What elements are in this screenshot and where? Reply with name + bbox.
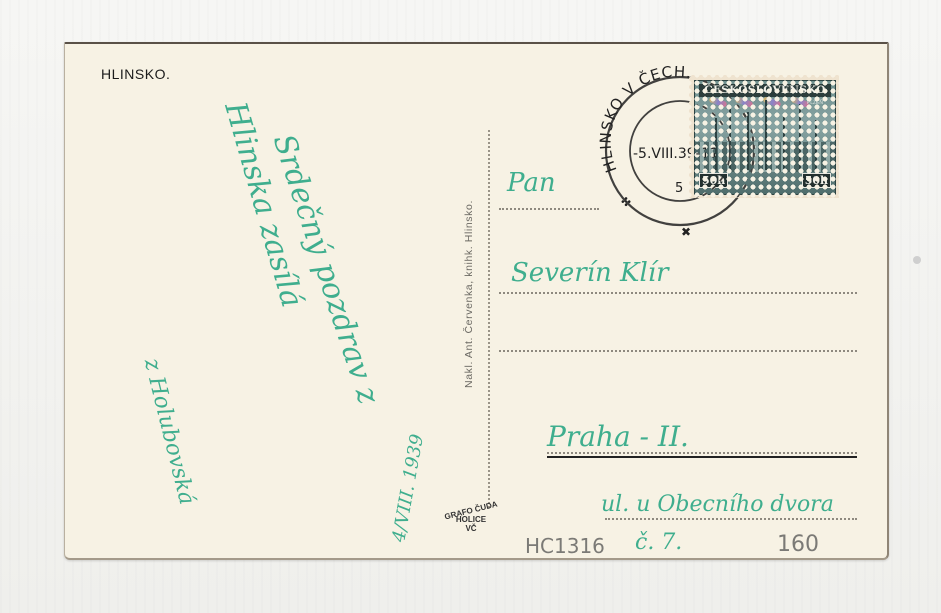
address-line-5 xyxy=(605,518,857,520)
center-divider xyxy=(488,130,490,508)
catalog-code: HC1316 xyxy=(525,534,605,558)
address-name: Severín Klír xyxy=(511,258,669,288)
printer-mark: GRAFO ČUDA HOLICE VČ xyxy=(441,506,501,533)
stamp-denomination-left: 50h xyxy=(699,173,728,188)
svg-text:✖: ✖ xyxy=(681,225,691,236)
message-date: 4/VIII. 1939 xyxy=(388,433,428,544)
address-salutation: Pan xyxy=(507,168,556,198)
stamp-place-caption: PLZEŇ xyxy=(807,100,823,106)
address-line-4 xyxy=(547,452,857,458)
stamp-image-factory: ČESKOSLOVENSKO PLZEŇ 50h 50h xyxy=(694,80,836,195)
stamp-country: ČESKOSLOVENSKO xyxy=(699,84,831,97)
svg-text:✣: ✣ xyxy=(621,195,631,209)
address-line-2 xyxy=(499,292,857,294)
printed-title: HLINSKO. xyxy=(101,66,170,82)
postcard-back: HLINSKO. Srdečný pozdrav z Hlinska zasíl… xyxy=(64,42,889,560)
postage-stamp: ČESKOSLOVENSKO PLZEŇ 50h 50h xyxy=(689,75,839,198)
postmark-code: 5 xyxy=(675,181,683,196)
address-number: č. 7. xyxy=(635,530,682,555)
publisher-imprint: Nakl. Ant. Červenka, knihk. Hlinsko. xyxy=(463,200,475,388)
stamp-denomination-right: 50h xyxy=(802,173,831,188)
message-signature: z Holubovská xyxy=(139,356,199,507)
address-line-3 xyxy=(499,350,857,352)
address-line-1 xyxy=(499,208,599,210)
address-city: Praha - II. xyxy=(547,420,689,453)
address-street: ul. u Obecního dvora xyxy=(601,492,834,517)
scan-speck xyxy=(913,256,921,264)
price-note: 160 xyxy=(777,532,819,557)
